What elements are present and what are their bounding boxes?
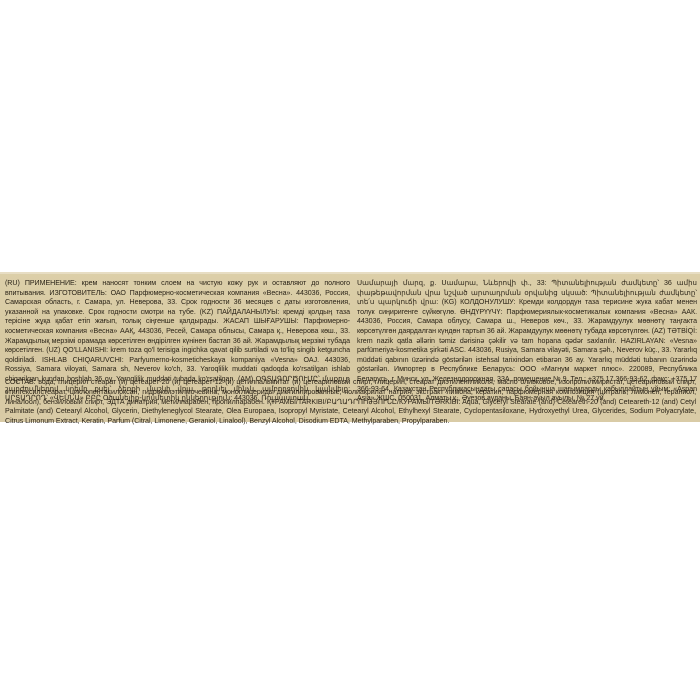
ingredients-composition: СОСТАВ: вода, глицерил стеарат (и) цетеа…	[5, 378, 696, 427]
label-top-edge	[0, 272, 700, 274]
